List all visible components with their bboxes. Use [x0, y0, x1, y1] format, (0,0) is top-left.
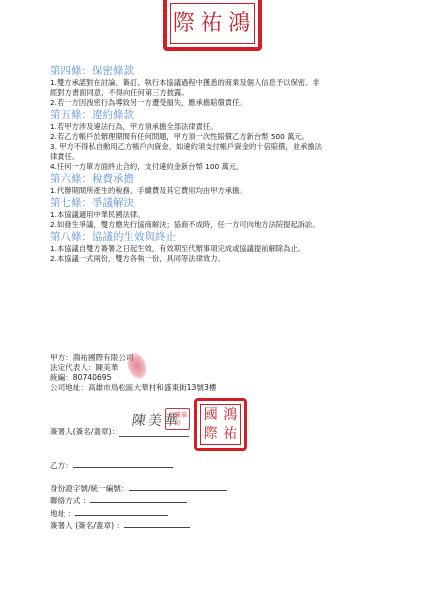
- section-article-8: 第八條：協議的生效與終止 1.本協議自雙方簽署之日起生效，有效期至代辦事項完成或…: [50, 230, 420, 264]
- clause-line: 1.若甲方涉及違法行為，甲方須承擔全部法律責任。: [50, 122, 420, 132]
- clause-line: 律責任。: [50, 152, 420, 162]
- clause-line: 1.雙方承諾對在討論、簽訂、執行本協議過程中獲悉的商業及個人信息予以保密。非: [50, 78, 420, 88]
- section-heading: 第七條：爭議解決: [50, 196, 420, 210]
- seal-glyph: 際: [173, 13, 197, 35]
- seal-glyphs: 際 祐 鴻: [171, 4, 254, 43]
- section-article-7: 第七條：爭議解決 1.本協議適用中華民國法律。 2.如發生爭議，雙方應先行協商解…: [50, 196, 420, 230]
- personal-seal: 美 陳 華 印: [165, 408, 190, 430]
- party-b-contact-label: 聯絡方式 ：: [50, 496, 90, 505]
- party-b-address-line[interactable]: [75, 507, 168, 516]
- section-heading: 第八條：協議的生效與終止: [50, 230, 420, 244]
- section-article-5: 第五條：違約條款 1.若甲方涉及違法行為，甲方須承擔全部法律責任。 2.若乙方帳…: [50, 108, 420, 172]
- party-a-address: 公司地址：高雄市鳥松區大華村和盛東街13號3樓: [50, 383, 216, 393]
- company-seal-top: 際 祐 鴻: [163, 0, 262, 51]
- section-heading: 第四條：保密條款: [50, 64, 420, 78]
- company-seal-bottom: 國 鴻 際 祐: [194, 398, 247, 451]
- party-b-signer-line[interactable]: [124, 519, 190, 528]
- clause-line: 2.若乙方帳戶於辦理期間有任何問題，甲方須一次性賠償乙方新台幣 500 萬元。: [50, 132, 420, 142]
- contract-body: 第四條：保密條款 1.雙方承諾對在討論、簽訂、執行本協議過程中獲悉的商業及個人信…: [50, 64, 420, 264]
- seal-glyph: 華: [181, 411, 188, 419]
- party-b-id-label: 身份證字號/統一編號：: [50, 484, 129, 493]
- party-b-address-label: 地址 ：: [50, 509, 75, 518]
- party-b-name-label: 乙方：: [50, 461, 73, 470]
- clause-line: 1.本協議自雙方簽署之日起生效，有效期至代辦事項完成或協議提前解除為止。: [50, 244, 420, 254]
- seal-glyph: 祐: [200, 13, 224, 35]
- section-heading: 第六條：稅費承擔: [50, 172, 420, 186]
- seal-glyph: 印: [174, 419, 181, 427]
- clause-line: 3. 甲方不得私自動用乙方帳戶內資金，如違約須支付帳戶資金的十倍賠償，並承擔法: [50, 142, 420, 152]
- party-b-info: 乙方： 身份證字號/統一編號： 聯絡方式 ： 地址 ： 簽署人 (簽名/蓋章) …: [50, 459, 227, 532]
- seal-glyph: 祐: [223, 427, 237, 441]
- party-b-signer-label: 簽署人 (簽名/蓋章) ：: [50, 521, 124, 530]
- clause-line: 2.若一方因洩密行為導致另一方遭受損失，應承擔賠償責任。: [50, 98, 420, 108]
- section-article-4: 第四條：保密條款 1.雙方承諾對在討論、簽訂、執行本協議過程中獲悉的商業及個人信…: [50, 64, 420, 108]
- clause-line: 1.代辦期間所產生的稅務、手續費及其它費用均由甲方承擔。: [50, 186, 420, 196]
- party-b-id-line[interactable]: [129, 482, 227, 491]
- party-b-address-field[interactable]: 地址 ：: [50, 507, 227, 520]
- section-article-6: 第六條：稅費承擔 1.代辦期間所產生的稅務、手續費及其它費用均由甲方承擔。: [50, 172, 420, 196]
- clause-line: 4.任何一方單方面終止合約，支付違約金新台幣 100 萬元。: [50, 162, 420, 172]
- seal-glyphs: 國 鴻 際 祐: [201, 405, 240, 444]
- seal-glyph: 鴻: [223, 408, 237, 422]
- party-b-id-field[interactable]: 身份證字號/統一編號：: [50, 482, 227, 495]
- party-b-name-field[interactable]: 乙方：: [50, 459, 227, 472]
- clause-line: 1.本協議適用中華民國法律。: [50, 210, 420, 220]
- seal-glyph: 國: [204, 408, 218, 422]
- party-b-signer-field[interactable]: 簽署人 (簽名/蓋章) ：: [50, 519, 227, 532]
- section-heading: 第五條：違約條款: [50, 108, 420, 122]
- seal-glyph: 際: [204, 427, 218, 441]
- party-a-signer-label: 簽署人(簽名/蓋章)：: [50, 427, 119, 436]
- clause-line: 2.本協議一式兩份，雙方各執一份，具同等法律效力。: [50, 254, 420, 264]
- seal-glyph: 鴻: [228, 13, 252, 35]
- clause-line: 經對方書面同意，不得向任何第三方披露。: [50, 88, 420, 98]
- party-b-name-line[interactable]: [73, 459, 173, 468]
- party-b-contact-field[interactable]: 聯絡方式 ：: [50, 494, 227, 507]
- party-b-contact-line[interactable]: [90, 494, 187, 503]
- clause-line: 2.如發生爭議，雙方應先行協商解決；協商不成時，任一方可向地方法院提起訴訟。: [50, 220, 420, 230]
